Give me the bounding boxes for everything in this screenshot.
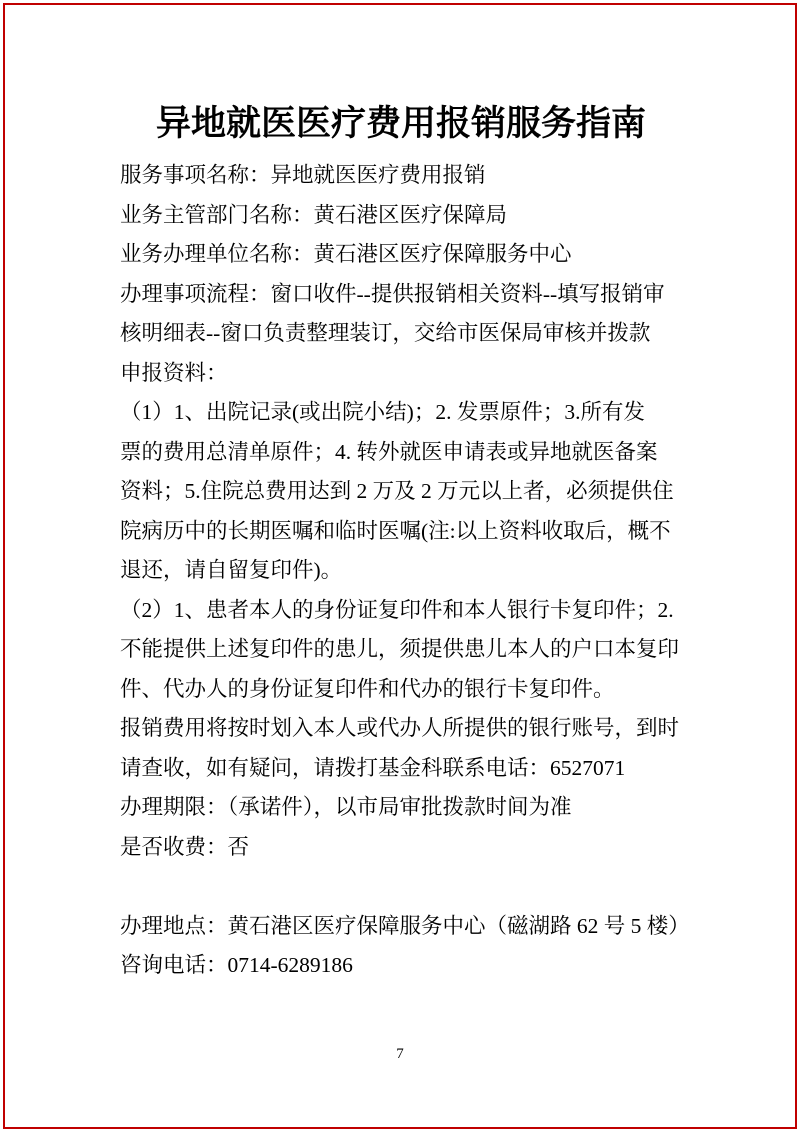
document-body: 服务事项名称：异地就医医疗费用报销业务主管部门名称：黄石港区医疗保障局业务办理单… (120, 156, 682, 986)
page-number: 7 (0, 1044, 800, 1064)
text-line-14: 件、代办人的身份证复印件和代办的银行卡复印件。 (120, 670, 682, 710)
text-line-9: 资料；5.住院总费用达到 2 万及 2 万元以上者，必须提供住 (120, 472, 682, 512)
document-title: 异地就医医疗费用报销服务指南 (120, 100, 682, 148)
text-line-18: 是否收费：否 (120, 828, 682, 868)
text-line-3: 业务办理单位名称：黄石港区医疗保障服务中心 (120, 235, 682, 275)
text-line-15: 报销费用将按时划入本人或代办人所提供的银行账号，到时 (120, 709, 682, 749)
text-line-17: 办理期限：（承诺件），以市局审批拨款时间为准 (120, 788, 682, 828)
text-line-7: （1）1、出院记录(或出院小结)；2. 发票原件；3.所有发 (120, 393, 682, 433)
text-line-2: 业务主管部门名称：黄石港区医疗保障局 (120, 196, 682, 236)
text-line-4: 办理事项流程：窗口收件--提供报销相关资料--填写报销审 (120, 275, 682, 315)
text-line-20: 办理地点：黄石港区医疗保障服务中心（磁湖路 62 号 5 楼） (120, 907, 682, 947)
text-line-16: 请查收，如有疑问，请拨打基金科联系电话：6527071 (120, 749, 682, 789)
text-line-10: 院病历中的长期医嘱和临时医嘱(注:以上资料收取后，概不 (120, 512, 682, 552)
text-line-11: 退还，请自留复印件)。 (120, 551, 682, 591)
blank-line (120, 867, 682, 907)
text-line-21: 咨询电话：0714-6289186 (120, 946, 682, 986)
text-line-12: （2）1、患者本人的身份证复印件和本人银行卡复印件；2. (120, 591, 682, 631)
text-line-13: 不能提供上述复印件的患儿，须提供患儿本人的户口本复印 (120, 630, 682, 670)
text-line-5: 核明细表--窗口负责整理装订，交给市医保局审核并拨款 (120, 314, 682, 354)
text-line-1: 服务事项名称：异地就医医疗费用报销 (120, 156, 682, 196)
document-page: 异地就医医疗费用报销服务指南 服务事项名称：异地就医医疗费用报销业务主管部门名称… (0, 0, 800, 1132)
text-line-8: 票的费用总清单原件；4. 转外就医申请表或异地就医备案 (120, 433, 682, 473)
text-line-6: 申报资料： (120, 354, 682, 394)
